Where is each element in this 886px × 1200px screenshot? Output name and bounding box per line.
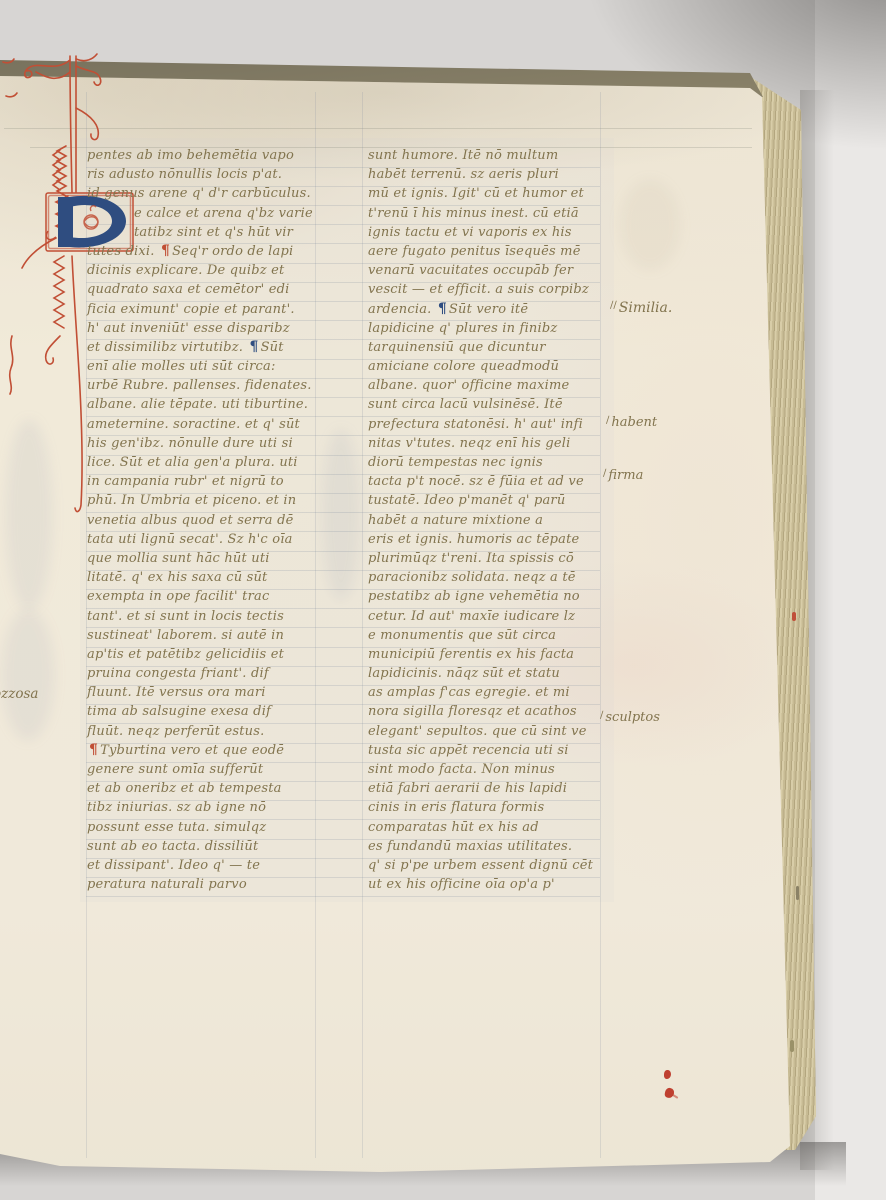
text-line: dicinis explicare. De quibz et (87, 261, 321, 280)
text-line: paracionibz solidata. neqz a tē (368, 568, 608, 587)
text-line: sustineat' laborem. si autē in (87, 626, 321, 645)
margin-note-text: sculptos (605, 710, 660, 725)
text-line: urbē Rubre. pallenses. fidenates. (87, 376, 321, 395)
text-line: ¶Tyburtina vero et que eodē (87, 741, 321, 760)
pilcrow-mark: ¶ (159, 243, 172, 259)
text-line: prefectura statonēsi. h' aut' infi (368, 415, 608, 434)
fore-edge-fleck (790, 1040, 794, 1052)
text-line: tarquinensiū que dicuntur (368, 338, 608, 357)
margin-note-text: firma (608, 468, 643, 483)
margin-note-text: habent (611, 415, 657, 430)
text-line: nitas v'tutes. neqz enī his geli (368, 434, 608, 453)
text-line: fluūt. neqz perferūt estus. (87, 722, 321, 741)
text-line: h' aut inveniūt' esse disparibz (87, 319, 321, 338)
text-line: elegant' sepultos. que cū sint ve (368, 722, 608, 741)
text-line: sint modo facta. Non minus (368, 760, 608, 779)
ruling-line (362, 92, 363, 1158)
text-line: sunt circa lacū vulsinēsē. Itē (368, 395, 608, 414)
text-line: tatibz sint et q's hūt vir (87, 223, 321, 242)
text-line: habēt a nature mixtione a (368, 511, 608, 530)
text-line: amiciane colore queadmodū (368, 357, 608, 376)
margin-note-text: Similia. (619, 300, 673, 316)
ruling-line (86, 896, 600, 897)
text-line: ameternine. soractine. et q' sūt (87, 415, 321, 434)
text-line: exempta in ope facilit' trac (87, 587, 321, 606)
text-line: et dissimilibz virtutibz. ¶Sūt (87, 338, 321, 357)
text-line: e monumentis que sūt circa (368, 626, 608, 645)
text-line: tutes dixi. ¶Seq'r ordo de lapi (87, 242, 321, 261)
text-line: habēt terrenū. sz aeris pluri (368, 165, 608, 184)
text-line: municipiū ferentis ex his facta (368, 645, 608, 664)
text-line: lapidicine q' plures in finibz (368, 319, 608, 338)
text-line: litatē. q' ex his saxa cū sūt (87, 568, 321, 587)
text-line: tata uti lignū secat'. Sz h'c oīa (87, 530, 321, 549)
text-line: venarū vacuitates occupāb fer (368, 261, 608, 280)
pilcrow-mark: ¶ (87, 742, 100, 758)
text-line: in campania rubr' et nigrū to (87, 472, 321, 491)
text-line: as amplas f'cas egregie. et mi (368, 683, 608, 702)
text-line: fluunt. Itē versus ora mari (87, 683, 321, 702)
text-line: etiā fabri aerarii de his lapidi (368, 779, 608, 798)
text-line: venetia albus quod et serra dē (87, 511, 321, 530)
text-line: plurimūqz t'reni. Ita spissis cō (368, 549, 608, 568)
text-line: ardencia. ¶Sūt vero itē (368, 300, 608, 319)
text-line: nora sigilla floresqz et acathos (368, 702, 608, 721)
text-line: sunt humore. Itē nō multum (368, 146, 608, 165)
text-line: e calce et arena q'bz varie (87, 204, 321, 223)
text-line: lapidicinis. nāqz sūt et statu (368, 664, 608, 683)
text-line: pentes ab imo behemētia vapo (87, 146, 321, 165)
text-line: vescit — et efficit. a suis corpibz (368, 280, 608, 299)
text-line: ris adusto nōnullis locis p'at. (87, 165, 321, 184)
show-through-smudge (2, 610, 54, 740)
margin-note-habent: ∕habent (606, 415, 611, 433)
text-line: genere sunt omīa sufferūt (87, 760, 321, 779)
text-line: t'renū ī his minus inest. cū etiā (368, 204, 608, 223)
text-line: ficia eximunt' copie et parant'. (87, 300, 321, 319)
text-line: quadrato saxa et cemētor' edi (87, 280, 321, 299)
text-line: lice. Sūt et alia gen'a plura. uti (87, 453, 321, 472)
text-line: mū et ignis. Igit' cū et humor et (368, 184, 608, 203)
manuscript-photo: D pentes ab imo behemētia vaporis adusto… (0, 0, 886, 1200)
text-line: diorū tempestas nec ignis (368, 453, 608, 472)
text-line: tustatē. Ideo p'manēt q' parū (368, 491, 608, 510)
text-line: comparatas hūt ex his ad (368, 818, 608, 837)
pilcrow-mark: ¶ (436, 301, 449, 317)
text-line: et ab oneribz et ab tempesta (87, 779, 321, 798)
text-line: sunt ab eo tacta. dissiliūt (87, 837, 321, 856)
text-line: tibz iniurias. sz ab igne nō (87, 798, 321, 817)
text-line: phū. In Umbria et piceno. et in (87, 491, 321, 510)
text-line: albane. alie tēpate. uti tiburtine. (87, 395, 321, 414)
text-line: pruina congesta friant'. dif (87, 664, 321, 683)
text-column-right: sunt humore. Itē nō multumhabēt terrenū.… (368, 146, 608, 894)
text-line: his gen'ibz. nōnulle dure uti si (87, 434, 321, 453)
text-line: albane. quor' officine maxime (368, 376, 608, 395)
text-line: enī alie molles uti sūt circa: (87, 357, 321, 376)
margin-note-firma: ∕firma (603, 468, 608, 486)
text-line: tacta p't nocē. sz ē fūia et ad ve (368, 472, 608, 491)
show-through-smudge (620, 180, 680, 270)
margin-note-similia: ∕∕Similia. (610, 300, 619, 318)
pilcrow-mark: ¶ (247, 339, 260, 355)
fore-edge-fleck (792, 612, 796, 621)
text-line: aere fugato penitus īsequēs mē (368, 242, 608, 261)
text-line: ap'tis et patētibz gelicidiis et (87, 645, 321, 664)
margin-note-text: ozzosa (0, 686, 38, 702)
text-line: peratura naturali parvo (87, 875, 321, 894)
text-line: pestatibz ab igne vehemētia no (368, 587, 608, 606)
margin-note-sculptos: ∕sculptos (600, 710, 605, 728)
text-line: tusta sic appēt recencia uti si (368, 741, 608, 760)
text-line: cinis in eris flatura formis (368, 798, 608, 817)
text-line: possunt esse tuta. simulqz (87, 818, 321, 837)
text-line: eris et ignis. humoris ac tēpate (368, 530, 608, 549)
text-line: cetur. Id aut' maxīe iudicare lz (368, 607, 608, 626)
text-line: que mollia sunt hāc hūt uti (87, 549, 321, 568)
text-line: ignis tactu et vi vaporis ex his (368, 223, 608, 242)
text-line: id genus arene q' d'r carbūculus. (87, 184, 321, 203)
text-line: ut ex his officine oīa op'a p' (368, 875, 608, 894)
text-line: q' si p'pe urbem essent dignū cēt (368, 856, 608, 875)
text-line: et dissipant'. Ideo q' — te (87, 856, 321, 875)
text-line: tima ab salsugine exesa dif (87, 702, 321, 721)
show-through-smudge (322, 430, 360, 600)
text-line: es fundandū maxias utilitates. (368, 837, 608, 856)
text-column-left: pentes ab imo behemētia vaporis adusto n… (87, 146, 321, 894)
fore-edge-fleck (796, 886, 799, 900)
text-line: tant'. et si sunt in locis tectis (87, 607, 321, 626)
caret-mark: ∕∕ (610, 300, 619, 311)
